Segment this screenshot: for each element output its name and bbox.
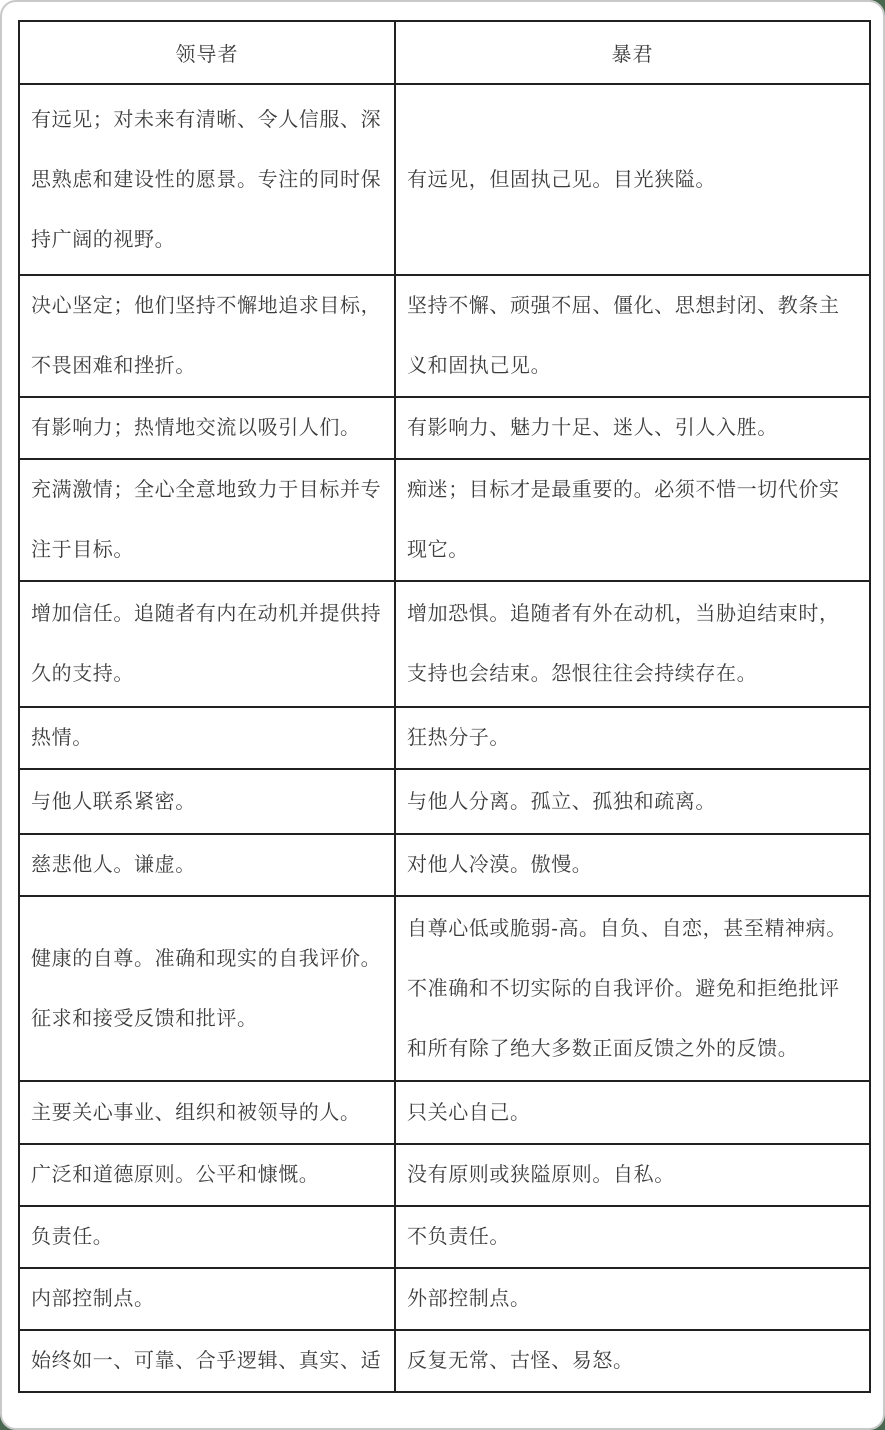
table-row: 增加信任。追随者有内在动机并提供持久的支持。 增加恐惧。追随者有外在动机，当胁迫… xyxy=(19,581,870,707)
table-row: 与他人联系紧密。 与他人分离。孤立、孤独和疏离。 xyxy=(19,769,870,834)
leader-vs-tyrant-table: 领导者 暴君 有远见；对未来有清晰、令人信服、深思熟虑和建设性的愿景。专注的同时… xyxy=(18,20,871,1393)
tyrant-cell: 自尊心低或脆弱-高。自负、自恋，甚至精神病。不准确和不切实际的自我评价。避免和拒… xyxy=(395,896,870,1081)
leader-cell: 慈悲他人。谦虚。 xyxy=(19,834,395,896)
leader-cell: 有远见；对未来有清晰、令人信服、深思熟虑和建设性的愿景。专注的同时保持广阔的视野… xyxy=(19,84,395,275)
table-row: 决心坚定；他们坚持不懈地追求目标，不畏困难和挫折。 坚持不懈、顽强不屈、僵化、思… xyxy=(19,275,870,397)
leader-cell: 与他人联系紧密。 xyxy=(19,769,395,834)
leader-cell: 主要关心事业、组织和被领导的人。 xyxy=(19,1081,395,1144)
leader-cell: 内部控制点。 xyxy=(19,1268,395,1330)
tyrant-cell: 没有原则或狭隘原则。自私。 xyxy=(395,1144,870,1206)
tyrant-cell: 有影响力、魅力十足、迷人、引人入胜。 xyxy=(395,397,870,459)
leader-cell: 热情。 xyxy=(19,707,395,769)
leader-cell: 负责任。 xyxy=(19,1206,395,1268)
leader-cell: 健康的自尊。准确和现实的自我评价。征求和接受反馈和批评。 xyxy=(19,896,395,1081)
page-content: 领导者 暴君 有远见；对未来有清晰、令人信服、深思熟虑和建设性的愿景。专注的同时… xyxy=(18,20,871,1393)
tyrant-cell: 与他人分离。孤立、孤独和疏离。 xyxy=(395,769,870,834)
column-header-tyrant: 暴君 xyxy=(395,21,870,84)
tyrant-cell: 痴迷；目标才是最重要的。必须不惜一切代价实现它。 xyxy=(395,459,870,581)
table-row: 负责任。 不负责任。 xyxy=(19,1206,870,1268)
leader-cell: 有影响力；热情地交流以吸引人们。 xyxy=(19,397,395,459)
tyrant-cell: 增加恐惧。追随者有外在动机，当胁迫结束时，支持也会结束。怨恨往往会持续存在。 xyxy=(395,581,870,707)
table-header-row: 领导者 暴君 xyxy=(19,21,870,84)
table-row: 主要关心事业、组织和被领导的人。 只关心自己。 xyxy=(19,1081,870,1144)
table-row: 始终如一、可靠、合乎逻辑、真实、适 反复无常、古怪、易怒。 xyxy=(19,1330,870,1392)
column-header-leader: 领导者 xyxy=(19,21,395,84)
tyrant-cell: 狂热分子。 xyxy=(395,707,870,769)
table-row: 有影响力；热情地交流以吸引人们。 有影响力、魅力十足、迷人、引人入胜。 xyxy=(19,397,870,459)
table-row: 慈悲他人。谦虚。 对他人冷漠。傲慢。 xyxy=(19,834,870,896)
leader-cell: 始终如一、可靠、合乎逻辑、真实、适 xyxy=(19,1330,395,1392)
tyrant-cell: 外部控制点。 xyxy=(395,1268,870,1330)
leader-cell: 广泛和道德原则。公平和慷慨。 xyxy=(19,1144,395,1206)
leader-cell: 决心坚定；他们坚持不懈地追求目标，不畏困难和挫折。 xyxy=(19,275,395,397)
tyrant-cell: 只关心自己。 xyxy=(395,1081,870,1144)
table-row: 健康的自尊。准确和现实的自我评价。征求和接受反馈和批评。 自尊心低或脆弱-高。自… xyxy=(19,896,870,1081)
table-row: 充满激情；全心全意地致力于目标并专注于目标。 痴迷；目标才是最重要的。必须不惜一… xyxy=(19,459,870,581)
leader-cell: 充满激情；全心全意地致力于目标并专注于目标。 xyxy=(19,459,395,581)
tyrant-cell: 有远见，但固执己见。目光狭隘。 xyxy=(395,84,870,275)
table-row: 热情。 狂热分子。 xyxy=(19,707,870,769)
tyrant-cell: 对他人冷漠。傲慢。 xyxy=(395,834,870,896)
tyrant-cell: 不负责任。 xyxy=(395,1206,870,1268)
tyrant-cell: 坚持不懈、顽强不屈、僵化、思想封闭、教条主义和固执己见。 xyxy=(395,275,870,397)
tyrant-cell: 反复无常、古怪、易怒。 xyxy=(395,1330,870,1392)
leader-cell: 增加信任。追随者有内在动机并提供持久的支持。 xyxy=(19,581,395,707)
table-row: 内部控制点。 外部控制点。 xyxy=(19,1268,870,1330)
table-row: 有远见；对未来有清晰、令人信服、深思熟虑和建设性的愿景。专注的同时保持广阔的视野… xyxy=(19,84,870,275)
table-row: 广泛和道德原则。公平和慷慨。 没有原则或狭隘原则。自私。 xyxy=(19,1144,870,1206)
